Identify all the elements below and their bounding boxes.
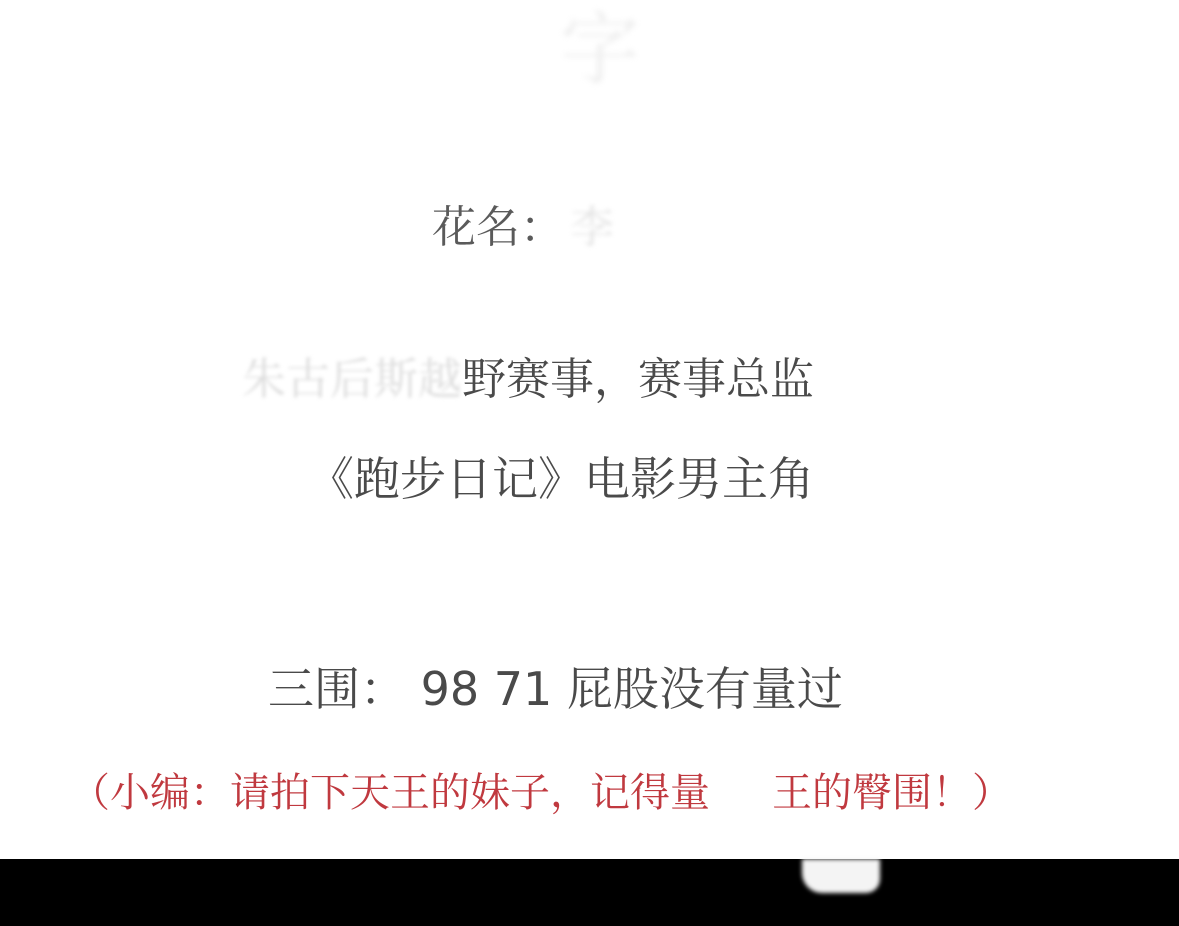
- nickname-line: 花名：李: [432, 198, 614, 258]
- editor-note-part1: （小编：请拍下天王的妹子，记得量: [70, 770, 710, 816]
- nickname-label: 花名：: [432, 202, 564, 253]
- film-role-line: 《跑步日记》电影男主角: [308, 448, 814, 510]
- event-name-faded: 朱古后斯越: [242, 354, 462, 405]
- nickname-value: 李: [570, 202, 614, 253]
- editor-note: （小编：请拍下天王的妹子，记得量王的臀围！）: [70, 765, 1012, 821]
- bottom-black-bar: [0, 859, 1179, 926]
- measurements-line: 三围： 98 71 屁股没有量过: [268, 658, 843, 720]
- white-smudge: [802, 859, 880, 893]
- event-role-line: 朱古后斯越野赛事，赛事总监: [242, 350, 814, 410]
- editor-note-part2: 王的臀围！）: [772, 770, 1012, 816]
- faded-header-glyph: 字: [560, 0, 640, 100]
- event-role-text: 野赛事，赛事总监: [462, 354, 814, 405]
